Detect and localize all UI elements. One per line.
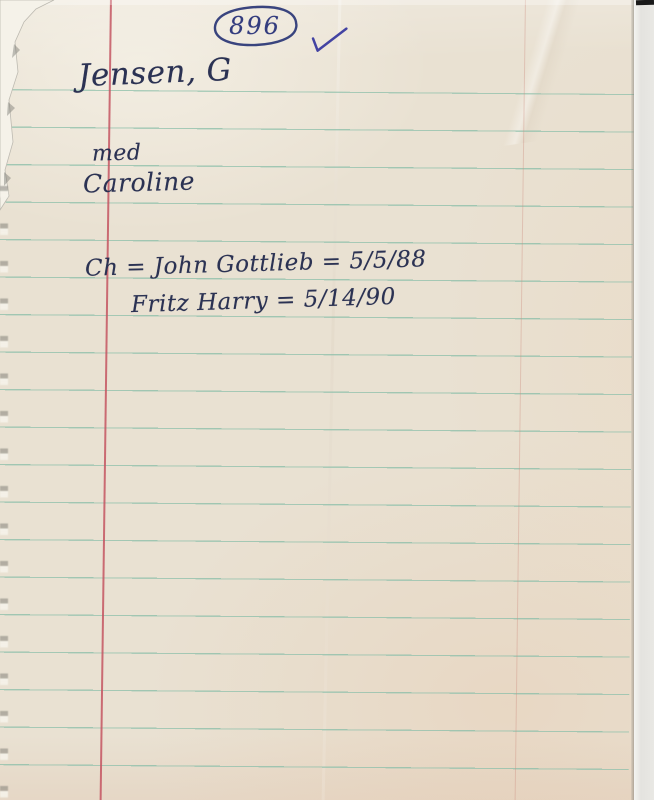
- top-edge-highlight: [0, 0, 634, 5]
- paper-sheet: 896 Jensen, G med Caroline Ch = John Got…: [0, 0, 634, 800]
- scan-corner-artifact: [636, 0, 654, 5]
- torn-edge: [0, 0, 60, 220]
- scanner-background: [634, 0, 654, 800]
- checkmark-icon: [304, 23, 349, 57]
- torn-edge-notches: [0, 186, 8, 800]
- page-number: 896: [211, 12, 299, 40]
- scanned-notebook-page: 896 Jensen, G med Caroline Ch = John Got…: [0, 0, 654, 800]
- handwritten-line-med: med: [92, 140, 142, 166]
- circled-page-number: 896: [211, 3, 299, 49]
- handwritten-surname: Jensen, G: [77, 52, 232, 94]
- handwritten-line-caroline: Caroline: [83, 167, 196, 199]
